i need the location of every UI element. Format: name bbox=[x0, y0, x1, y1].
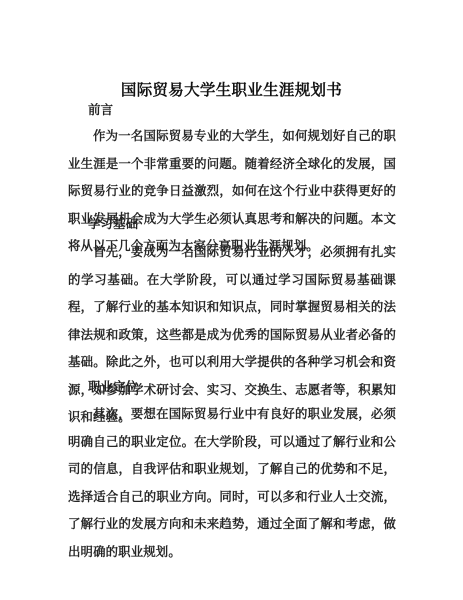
document-page: 国际贸易大学生职业生涯规划书 前言 作为一名国际贸易专业的大学生，如何规划好自己… bbox=[0, 0, 463, 600]
section-paragraph-career-positioning: 其次，要想在国际贸易行业中有良好的职业发展，必须明确自己的职业定位。在大学阶段，… bbox=[68, 400, 396, 565]
document-title: 国际贸易大学生职业生涯规划书 bbox=[0, 78, 463, 100]
section-heading-career-positioning: 职业定位 bbox=[88, 377, 138, 395]
section-heading-preface: 前言 bbox=[88, 100, 113, 118]
section-heading-study-foundation: 学习基础 bbox=[88, 214, 138, 232]
